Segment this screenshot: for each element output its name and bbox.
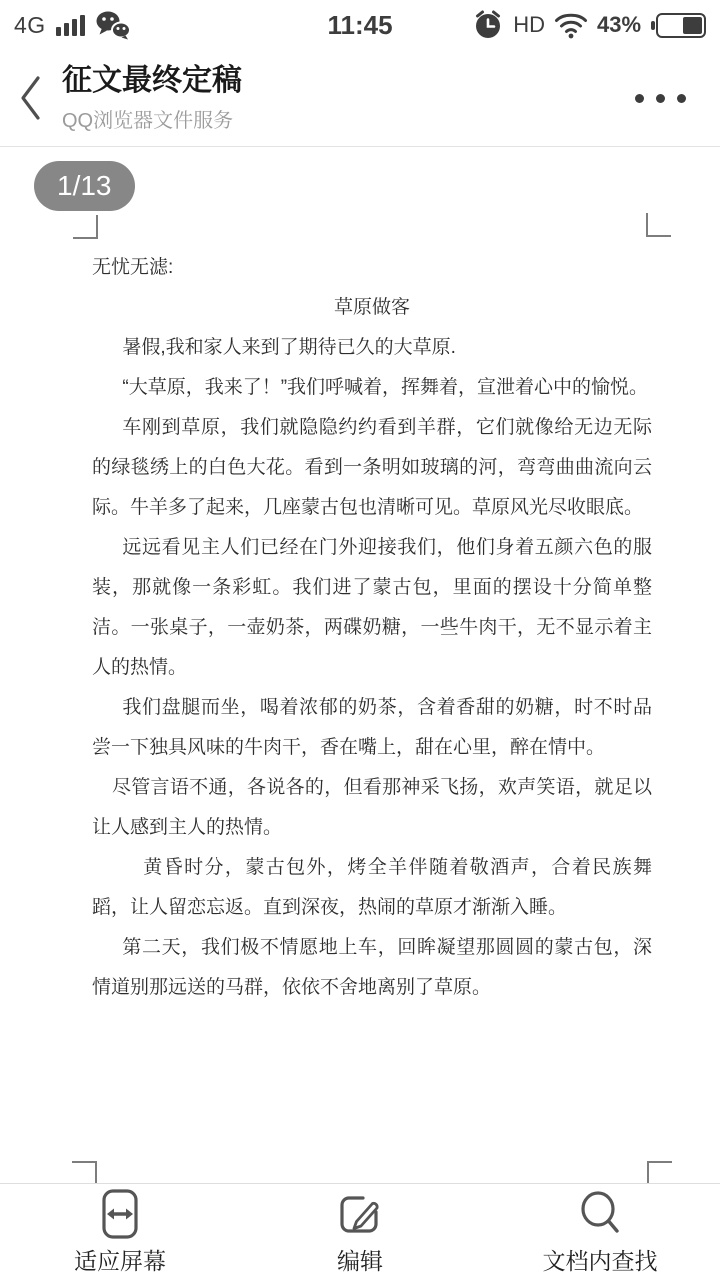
doc-paragraph: 暑假,我和家人来到了期待已久的大草原.: [92, 328, 652, 368]
battery-icon: [656, 13, 706, 38]
status-bar-right: HD 43%: [393, 9, 706, 41]
doc-recipient-line: 无忧无滤:: [92, 248, 652, 288]
document-body: 无忧无滤: 草原做客 暑假,我和家人来到了期待已久的大草原. “大草原，我来了！…: [92, 248, 652, 1008]
doc-essay-title: 草原做客: [92, 288, 652, 328]
back-button[interactable]: [0, 75, 62, 121]
document-source-label: QQ浏览器文件服务: [62, 104, 625, 133]
header-text: 征文最终定稿 QQ浏览器文件服务: [62, 63, 625, 133]
doc-paragraph: 远远看见主人们已经在门外迎接我们，他们身着五颜六色的服装，那就像一条彩虹。我们进…: [92, 528, 652, 688]
status-bar: 4G 11:45: [0, 0, 720, 50]
doc-paragraph: 尽管言语不通，各说各的，但看那神采飞扬，欢声笑语，就足以让人感到主人的热情。: [92, 768, 652, 848]
back-chevron-icon: [19, 75, 43, 121]
doc-paragraph: 车刚到草原，我们就隐隐约约看到羊群，它们就像给无边无际的绿毯绣上的白色大花。看到…: [92, 408, 652, 528]
wechat-icon: [95, 10, 131, 40]
page-corner-mark-top-left: [73, 215, 98, 239]
page-corner-mark-bottom-right: [647, 1161, 672, 1185]
hd-volte-label: HD: [513, 12, 545, 38]
document-title: 征文最终定稿: [62, 63, 625, 99]
edit-label: 编辑: [337, 1243, 383, 1276]
wifi-icon: [554, 11, 588, 39]
page-number-badge: 1/13: [34, 161, 135, 211]
signal-bars-icon: [56, 15, 85, 36]
find-in-document-icon: [577, 1188, 623, 1240]
page-corner-mark-top-right: [646, 213, 671, 237]
find-in-document-button[interactable]: 文档内查找: [480, 1184, 720, 1280]
more-menu-icon: [635, 94, 644, 103]
fit-screen-icon: [98, 1188, 142, 1240]
document-viewer-screen: 4G 11:45: [0, 0, 720, 1280]
network-type-label: 4G: [14, 12, 46, 39]
doc-paragraph: “大草原，我来了！”我们呼喊着，挥舞着，宣泄着心中的愉悦。: [92, 368, 652, 408]
doc-paragraph: 我们盘腿而坐，喝着浓郁的奶茶，含着香甜的奶糖，时不时品尝一下独具风味的牛肉干，香…: [92, 688, 652, 768]
more-menu-button[interactable]: [625, 80, 720, 117]
doc-paragraph: 第二天，我们极不情愿地上车，回眸凝望那圆圆的蒙古包，深情道别那远送的马群，依依不…: [92, 928, 652, 1008]
find-in-document-label: 文档内查找: [543, 1243, 658, 1276]
edit-icon: [336, 1188, 384, 1240]
page-corner-mark-bottom-left: [72, 1161, 97, 1185]
document-page-view[interactable]: 1/13 无忧无滤: 草原做客 暑假,我和家人来到了期待已久的大草原. “大草原…: [0, 148, 720, 1183]
edit-button[interactable]: 编辑: [240, 1184, 480, 1280]
title-bar: 征文最终定稿 QQ浏览器文件服务: [0, 50, 720, 147]
battery-percent-label: 43%: [597, 12, 641, 38]
status-bar-left: 4G: [14, 10, 327, 40]
bottom-toolbar: 适应屏幕 编辑 文档内查找: [0, 1183, 720, 1280]
alarm-clock-icon: [472, 9, 504, 41]
clock-time: 11:45: [327, 10, 392, 41]
doc-paragraph: 黄昏时分，蒙古包外，烤全羊伴随着敬酒声，合着民族舞蹈，让人留恋忘返。直到深夜，热…: [92, 848, 652, 928]
fit-screen-label: 适应屏幕: [74, 1243, 166, 1276]
fit-screen-button[interactable]: 适应屏幕: [0, 1184, 240, 1280]
